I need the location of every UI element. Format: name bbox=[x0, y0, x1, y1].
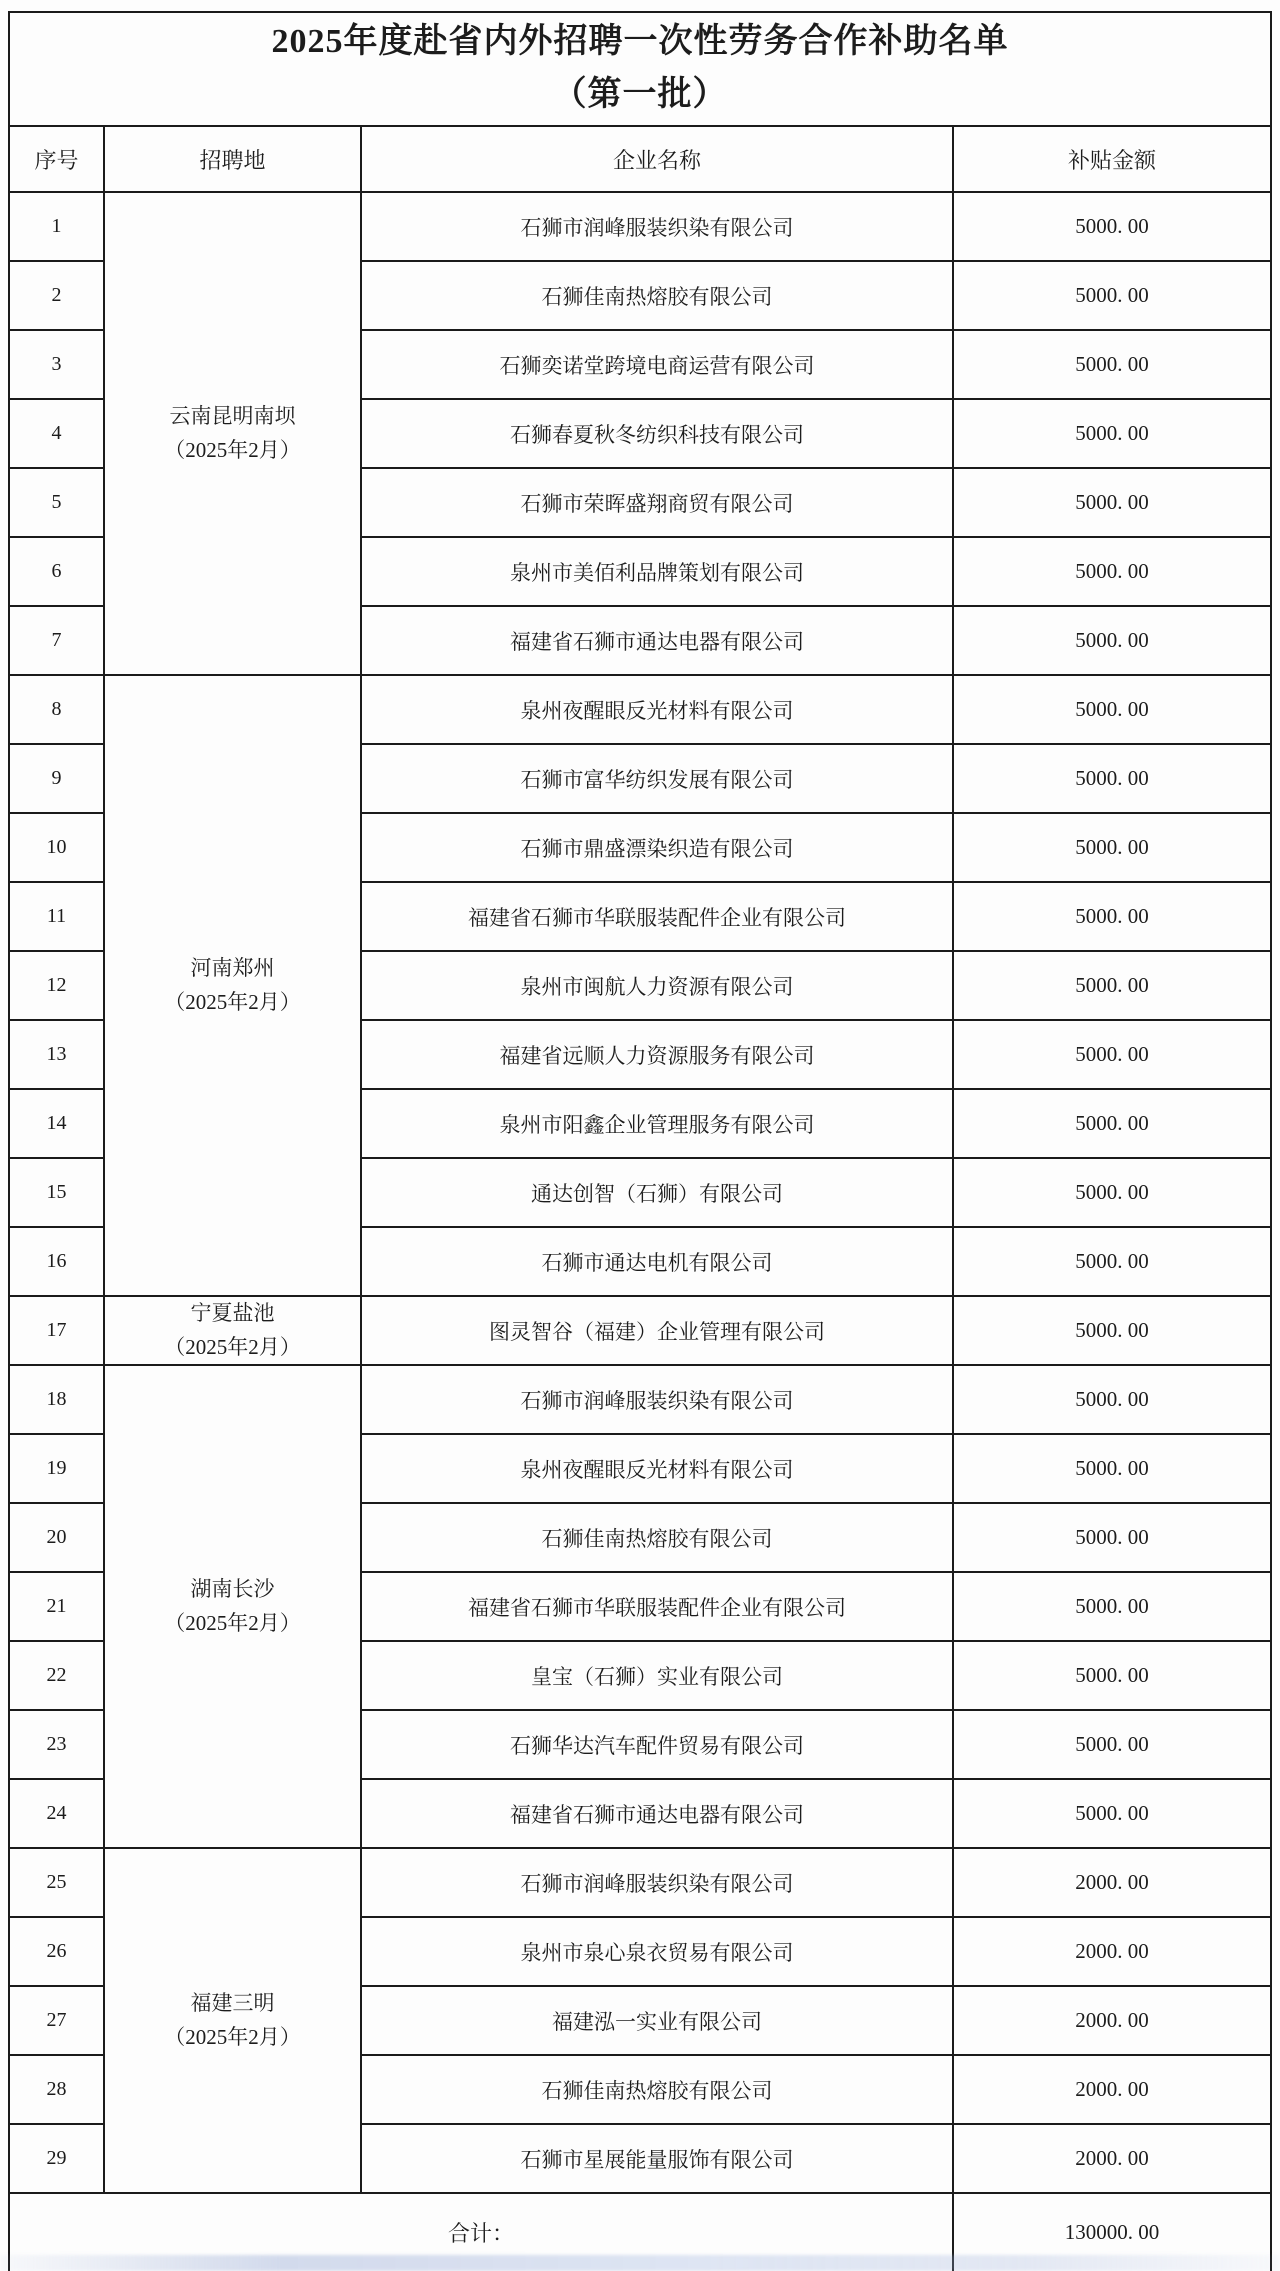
location-name: 福建三明 bbox=[109, 1987, 356, 2021]
subsidy-amount: 2000. 00 bbox=[953, 2055, 1271, 2124]
header-location: 招聘地 bbox=[104, 126, 361, 192]
company-name: 石狮佳南热熔胶有限公司 bbox=[361, 2055, 953, 2124]
row-number: 15 bbox=[9, 1158, 104, 1227]
row-number: 9 bbox=[9, 744, 104, 813]
subsidy-amount: 5000. 00 bbox=[953, 1434, 1271, 1503]
row-number: 20 bbox=[9, 1503, 104, 1572]
subsidy-amount: 5000. 00 bbox=[953, 675, 1271, 744]
company-name: 福建泓一实业有限公司 bbox=[361, 1986, 953, 2055]
row-number: 26 bbox=[9, 1917, 104, 1986]
subsidy-amount: 5000. 00 bbox=[953, 1641, 1271, 1710]
company-name: 石狮佳南热熔胶有限公司 bbox=[361, 1503, 953, 1572]
company-name: 泉州市阳鑫企业管理服务有限公司 bbox=[361, 1089, 953, 1158]
subsidy-amount: 5000. 00 bbox=[953, 1158, 1271, 1227]
location-cell: 云南昆明南坝 （2025年2月） bbox=[104, 192, 361, 675]
subsidy-amount: 5000. 00 bbox=[953, 468, 1271, 537]
company-name: 石狮市润峰服装织染有限公司 bbox=[361, 192, 953, 261]
company-name: 石狮市富华纺织发展有限公司 bbox=[361, 744, 953, 813]
company-name: 石狮市星展能量服饰有限公司 bbox=[361, 2124, 953, 2193]
company-name: 图灵智谷（福建）企业管理有限公司 bbox=[361, 1296, 953, 1365]
company-name: 石狮佳南热熔胶有限公司 bbox=[361, 261, 953, 330]
row-number: 22 bbox=[9, 1641, 104, 1710]
row-number: 13 bbox=[9, 1020, 104, 1089]
company-name: 泉州市美佰利品牌策划有限公司 bbox=[361, 537, 953, 606]
company-name: 石狮奕诺堂跨境电商运营有限公司 bbox=[361, 330, 953, 399]
row-number: 7 bbox=[9, 606, 104, 675]
location-cell: 宁夏盐池 （2025年2月） bbox=[104, 1296, 361, 1365]
location-period: （2025年2月） bbox=[109, 2021, 356, 2055]
company-name: 石狮市通达电机有限公司 bbox=[361, 1227, 953, 1296]
document-title: 2025年度赴省内外招聘一次性劳务合作补助名单 （第一批） bbox=[9, 12, 1271, 126]
row-number: 17 bbox=[9, 1296, 104, 1365]
company-name: 泉州市闽航人力资源有限公司 bbox=[361, 951, 953, 1020]
row-number: 21 bbox=[9, 1572, 104, 1641]
subsidy-amount: 5000. 00 bbox=[953, 1572, 1271, 1641]
location-period: （2025年2月） bbox=[109, 434, 356, 468]
location-period: （2025年2月） bbox=[109, 986, 356, 1020]
location-cell: 湖南长沙 （2025年2月） bbox=[104, 1365, 361, 1848]
row-number: 11 bbox=[9, 882, 104, 951]
subsidy-amount: 5000. 00 bbox=[953, 1710, 1271, 1779]
subsidy-amount: 5000. 00 bbox=[953, 537, 1271, 606]
row-number: 5 bbox=[9, 468, 104, 537]
document-page: 2025年度赴省内外招聘一次性劳务合作补助名单 （第一批） 序号 招聘地 企业名… bbox=[8, 11, 1270, 2271]
subsidy-amount: 5000. 00 bbox=[953, 1089, 1271, 1158]
company-name: 福建省石狮市通达电器有限公司 bbox=[361, 606, 953, 675]
subsidy-amount: 2000. 00 bbox=[953, 1986, 1271, 2055]
row-number: 1 bbox=[9, 192, 104, 261]
row-number: 2 bbox=[9, 261, 104, 330]
row-number: 12 bbox=[9, 951, 104, 1020]
company-name: 泉州夜醒眼反光材料有限公司 bbox=[361, 1434, 953, 1503]
subsidy-table: 2025年度赴省内外招聘一次性劳务合作补助名单 （第一批） 序号 招聘地 企业名… bbox=[8, 11, 1272, 2271]
subsidy-amount: 5000. 00 bbox=[953, 330, 1271, 399]
company-name: 石狮市鼎盛漂染织造有限公司 bbox=[361, 813, 953, 882]
subsidy-amount: 5000. 00 bbox=[953, 606, 1271, 675]
subsidy-amount: 5000. 00 bbox=[953, 882, 1271, 951]
title-line-1: 2025年度赴省内外招聘一次性劳务合作补助名单 bbox=[14, 16, 1266, 69]
company-name: 泉州夜醒眼反光材料有限公司 bbox=[361, 675, 953, 744]
row-number: 24 bbox=[9, 1779, 104, 1848]
location-cell: 河南郑州 （2025年2月） bbox=[104, 675, 361, 1296]
subsidy-amount: 5000. 00 bbox=[953, 192, 1271, 261]
company-name: 石狮市润峰服装织染有限公司 bbox=[361, 1848, 953, 1917]
company-name: 石狮市润峰服装织染有限公司 bbox=[361, 1365, 953, 1434]
subsidy-amount: 5000. 00 bbox=[953, 951, 1271, 1020]
row-number: 18 bbox=[9, 1365, 104, 1434]
row-number: 4 bbox=[9, 399, 104, 468]
row-number: 6 bbox=[9, 537, 104, 606]
header-company: 企业名称 bbox=[361, 126, 953, 192]
company-name: 福建省石狮市华联服装配件企业有限公司 bbox=[361, 1572, 953, 1641]
title-line-2: （第一批） bbox=[14, 69, 1266, 122]
subsidy-amount: 5000. 00 bbox=[953, 261, 1271, 330]
row-number: 16 bbox=[9, 1227, 104, 1296]
header-amount: 补贴金额 bbox=[953, 126, 1271, 192]
location-name: 云南昆明南坝 bbox=[109, 400, 356, 434]
subsidy-amount: 5000. 00 bbox=[953, 1296, 1271, 1365]
row-number: 23 bbox=[9, 1710, 104, 1779]
subsidy-amount: 5000. 00 bbox=[953, 1227, 1271, 1296]
subsidy-amount: 5000. 00 bbox=[953, 744, 1271, 813]
subsidy-amount: 5000. 00 bbox=[953, 1020, 1271, 1089]
subsidy-amount: 2000. 00 bbox=[953, 1917, 1271, 1986]
location-name: 湖南长沙 bbox=[109, 1573, 356, 1607]
table-row: 18 湖南长沙 （2025年2月） 石狮市润峰服装织染有限公司 5000. 00 bbox=[9, 1365, 1271, 1434]
row-number: 19 bbox=[9, 1434, 104, 1503]
location-name: 宁夏盐池 bbox=[109, 1297, 356, 1331]
subsidy-amount: 5000. 00 bbox=[953, 399, 1271, 468]
table-row: 8 河南郑州 （2025年2月） 泉州夜醒眼反光材料有限公司 5000. 00 bbox=[9, 675, 1271, 744]
company-name: 皇宝（石狮）实业有限公司 bbox=[361, 1641, 953, 1710]
subsidy-amount: 2000. 00 bbox=[953, 1848, 1271, 1917]
company-name: 福建省石狮市通达电器有限公司 bbox=[361, 1779, 953, 1848]
table-row: 1 云南昆明南坝 （2025年2月） 石狮市润峰服装织染有限公司 5000. 0… bbox=[9, 192, 1271, 261]
company-name: 福建省石狮市华联服装配件企业有限公司 bbox=[361, 882, 953, 951]
location-cell: 福建三明 （2025年2月） bbox=[104, 1848, 361, 2193]
row-number: 29 bbox=[9, 2124, 104, 2193]
row-number: 25 bbox=[9, 1848, 104, 1917]
title-row: 2025年度赴省内外招聘一次性劳务合作补助名单 （第一批） bbox=[9, 12, 1271, 126]
subsidy-amount: 5000. 00 bbox=[953, 1365, 1271, 1434]
subsidy-amount: 5000. 00 bbox=[953, 1503, 1271, 1572]
subsidy-amount: 5000. 00 bbox=[953, 813, 1271, 882]
row-number: 8 bbox=[9, 675, 104, 744]
subsidy-amount: 5000. 00 bbox=[953, 1779, 1271, 1848]
header-no: 序号 bbox=[9, 126, 104, 192]
location-name: 河南郑州 bbox=[109, 952, 356, 986]
company-name: 石狮春夏秋冬纺织科技有限公司 bbox=[361, 399, 953, 468]
company-name: 石狮华达汽车配件贸易有限公司 bbox=[361, 1710, 953, 1779]
subsidy-amount: 2000. 00 bbox=[953, 2124, 1271, 2193]
table-row: 25 福建三明 （2025年2月） 石狮市润峰服装织染有限公司 2000. 00 bbox=[9, 1848, 1271, 1917]
row-number: 14 bbox=[9, 1089, 104, 1158]
company-name: 通达创智（石狮）有限公司 bbox=[361, 1158, 953, 1227]
company-name: 石狮市荣晖盛翔商贸有限公司 bbox=[361, 468, 953, 537]
row-number: 27 bbox=[9, 1986, 104, 2055]
company-name: 福建省远顺人力资源服务有限公司 bbox=[361, 1020, 953, 1089]
row-number: 28 bbox=[9, 2055, 104, 2124]
row-number: 10 bbox=[9, 813, 104, 882]
company-name: 泉州市泉心泉衣贸易有限公司 bbox=[361, 1917, 953, 1986]
location-period: （2025年2月） bbox=[109, 1331, 356, 1365]
bottom-photo-edge bbox=[0, 2255, 1280, 2271]
location-period: （2025年2月） bbox=[109, 1607, 356, 1641]
table-row: 17 宁夏盐池 （2025年2月） 图灵智谷（福建）企业管理有限公司 5000.… bbox=[9, 1296, 1271, 1365]
row-number: 3 bbox=[9, 330, 104, 399]
table-header-row: 序号 招聘地 企业名称 补贴金额 bbox=[9, 126, 1271, 192]
